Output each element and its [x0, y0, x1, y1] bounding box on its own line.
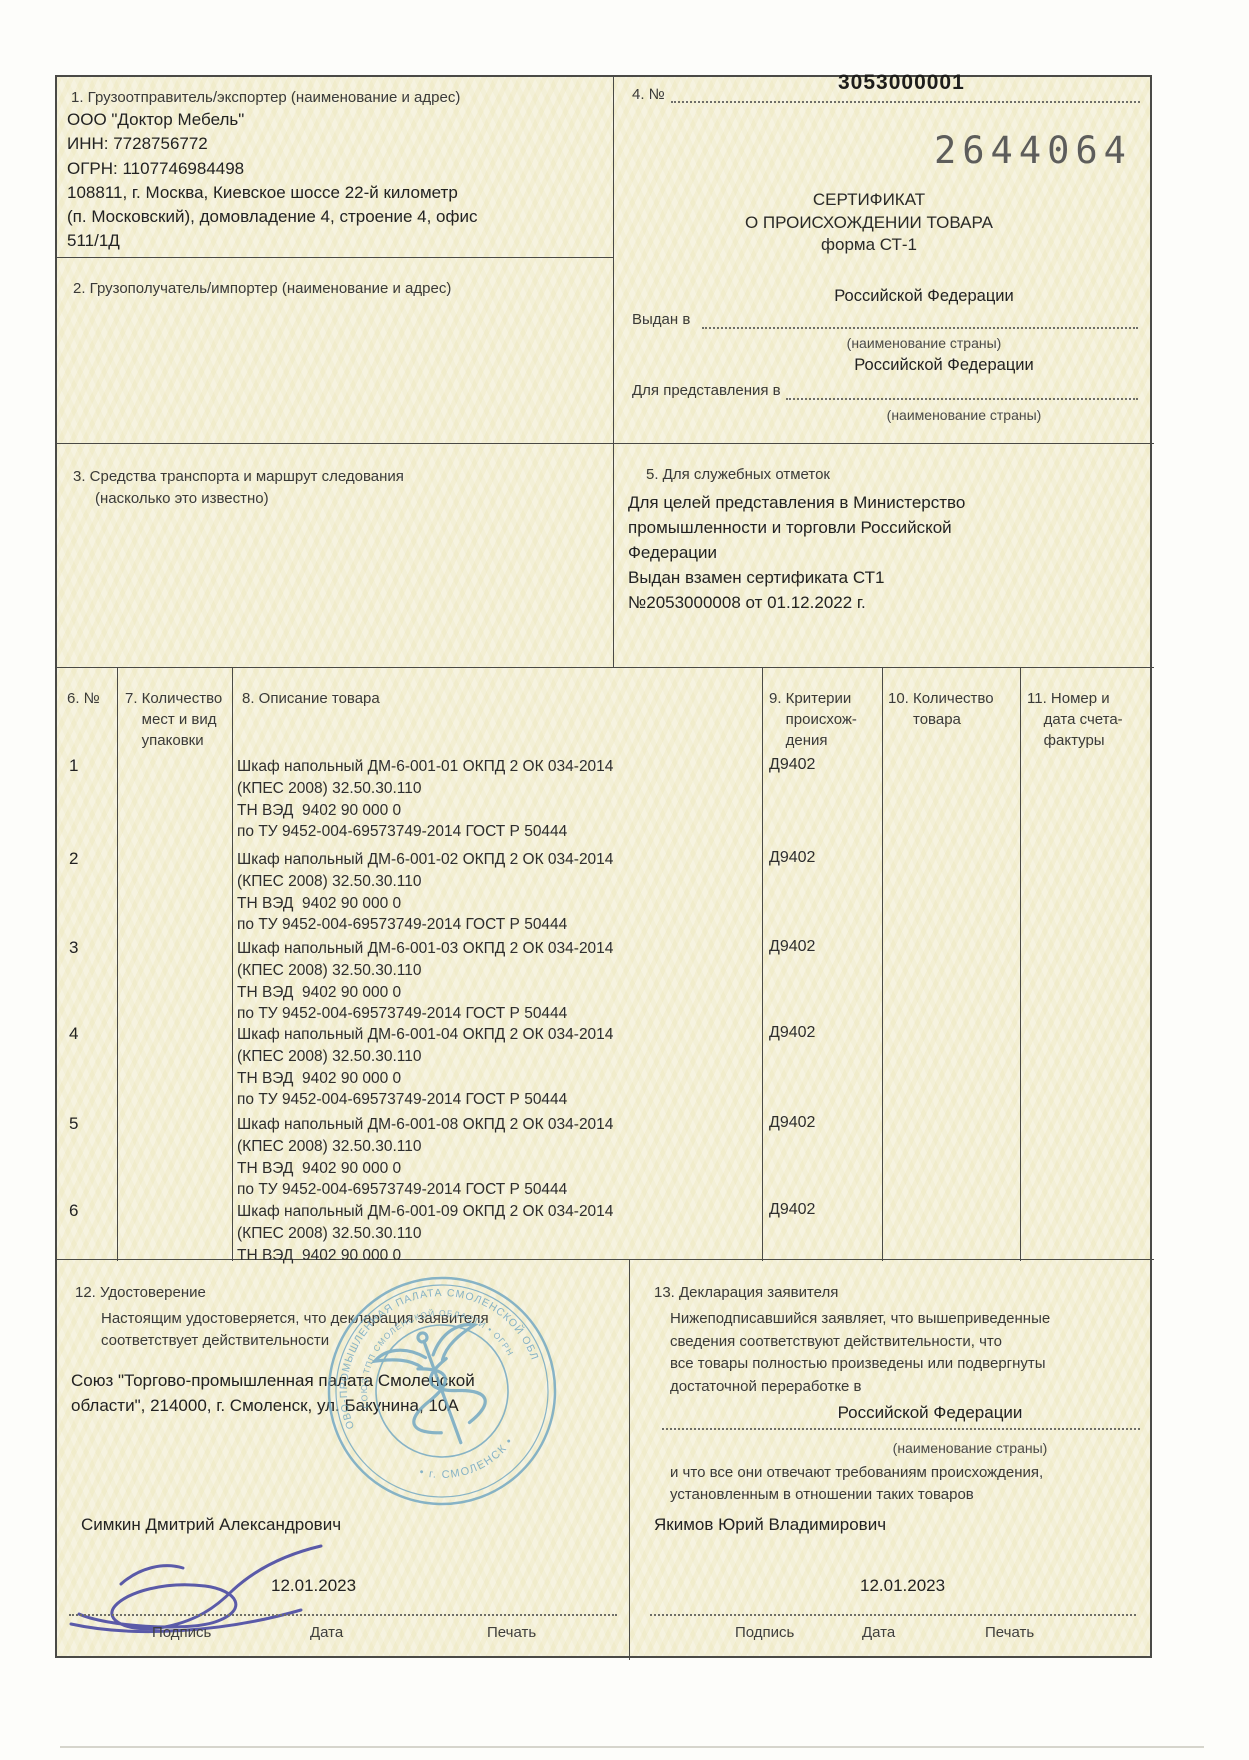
- declaration-sign-line: [650, 1598, 1136, 1616]
- date-caption: Дата: [862, 1624, 895, 1641]
- exporter-label: 1. Грузоотправитель/экспортер (наименова…: [71, 89, 460, 106]
- issued-in-dotted-line: [702, 311, 1138, 329]
- table-divider-10-11: [1020, 668, 1021, 1261]
- declaration-date: 12.01.2023: [860, 1576, 945, 1596]
- round-stamp: ТОРГОВО-ПРОМЫШЛЕННАЯ ПАЛАТА СМОЛЕНСКОЙ О…: [292, 1241, 592, 1541]
- number-line: 4. №: [632, 85, 1140, 103]
- row-number: 6: [69, 1201, 78, 1221]
- blank-serial-number: 2644064: [934, 129, 1132, 172]
- date-caption: Дата: [310, 1624, 343, 1641]
- header-col9: 9. Критерии происхож- дения: [769, 688, 857, 751]
- stamp-caption: Печать: [487, 1624, 536, 1641]
- declaration-country-note: (наименование страны): [810, 1440, 1130, 1456]
- scanned-certificate-page: 1. Грузоотправитель/экспортер (наименова…: [0, 0, 1249, 1760]
- country-note-1: (наименование страны): [734, 335, 1114, 351]
- importer-box: 2. Грузополучатель/импортер (наименовани…: [57, 258, 614, 444]
- title-line-3: форма СТ-1: [614, 234, 1124, 257]
- declaration-text-2: и что все они отвечают требованиям проис…: [670, 1462, 1043, 1506]
- table-divider-6-7: [117, 668, 118, 1261]
- row-number: 2: [69, 849, 78, 869]
- submission-dotted-line: [786, 382, 1138, 400]
- declaration-country-line: [662, 1412, 1140, 1430]
- service-notes-box: 5. Для служебных отметок Для целей предс…: [614, 444, 1154, 667]
- submission-value: Российской Федерации: [774, 356, 1114, 375]
- importer-label: 2. Грузополучатель/импортер (наименовани…: [73, 280, 451, 297]
- row-description: Шкаф напольный ДМ-6-001-09 ОКПД 2 ОК 034…: [237, 1201, 613, 1266]
- certificate-header-box: 3053000001 4. № 2644064 СЕРТИФИКАТ О ПРО…: [614, 77, 1154, 444]
- row-number: 4: [69, 1024, 78, 1044]
- exporter-box: 1. Грузоотправитель/экспортер (наименова…: [57, 77, 614, 258]
- transport-box: 3. Средства транспорта и маршрут следова…: [57, 444, 614, 667]
- row-criteria: Д9402: [769, 1114, 815, 1132]
- row-description: Шкаф напольный ДМ-6-001-01 ОКПД 2 ОК 034…: [237, 756, 613, 843]
- row-description: Шкаф напольный ДМ-6-001-02 ОКПД 2 ОК 034…: [237, 849, 613, 936]
- header-col11: 11. Номер и дата счета- фактуры: [1027, 688, 1123, 751]
- transport-label: 3. Средства транспорта и маршрут следова…: [73, 468, 404, 485]
- certificate-title: СЕРТИФИКАТ О ПРОИСХОЖДЕНИИ ТОВАРА форма …: [614, 189, 1124, 257]
- signature-caption: Подпись: [152, 1624, 211, 1641]
- stamp-caption: Печать: [985, 1624, 1034, 1641]
- service-notes-text: Для целей представления в Министерство п…: [628, 490, 965, 615]
- submission-label: Для представления в: [632, 382, 781, 399]
- row-criteria: Д9402: [769, 1201, 815, 1219]
- table-divider-7-8: [232, 668, 233, 1261]
- certifier-name: Симкин Дмитрий Александрович: [81, 1515, 341, 1535]
- row-criteria: Д9402: [769, 938, 815, 956]
- header-col10: 10. Количество товара: [888, 688, 994, 730]
- title-line-2: О ПРОИСХОЖДЕНИИ ТОВАРА: [614, 212, 1124, 235]
- issued-in-label: Выдан в: [632, 311, 690, 328]
- row-number: 3: [69, 938, 78, 958]
- table-divider-8-9: [762, 668, 763, 1261]
- issued-in-value: Российской Федерации: [734, 287, 1114, 306]
- row-number: 1: [69, 756, 78, 776]
- certificate-form: 1. Грузоотправитель/экспортер (наименова…: [55, 75, 1152, 1658]
- exporter-value: ООО "Доктор Мебель" ИНН: 7728756772 ОГРН…: [67, 108, 478, 254]
- certification-label: 12. Удостоверение: [75, 1284, 206, 1301]
- certification-sign-line: [69, 1598, 617, 1616]
- row-description: Шкаф напольный ДМ-6-001-08 ОКПД 2 ОК 034…: [237, 1114, 613, 1201]
- goods-table: 6. № 7. Количество мест и вид упаковки 8…: [57, 667, 1154, 1260]
- declaration-text: Нижеподписавшийся заявляет, что вышеприв…: [670, 1308, 1050, 1398]
- declaration-label: 13. Декларация заявителя: [654, 1284, 838, 1301]
- row-criteria: Д9402: [769, 1024, 815, 1042]
- title-line-1: СЕРТИФИКАТ: [614, 189, 1124, 212]
- service-notes-label: 5. Для служебных отметок: [646, 466, 830, 483]
- row-number: 5: [69, 1114, 78, 1134]
- signature-caption: Подпись: [735, 1624, 794, 1641]
- scan-edge-line: [60, 1746, 1204, 1748]
- row-criteria: Д9402: [769, 849, 815, 867]
- number-label: 4. №: [632, 86, 665, 103]
- row-description: Шкаф напольный ДМ-6-001-04 ОКПД 2 ОК 034…: [237, 1024, 613, 1111]
- header-col7: 7. Количество мест и вид упаковки: [125, 688, 222, 751]
- row-description: Шкаф напольный ДМ-6-001-03 ОКПД 2 ОК 034…: [237, 938, 613, 1025]
- country-note-2: (наименование страны): [814, 407, 1114, 423]
- declaration-box: 13. Декларация заявителя Нижеподписавший…: [630, 1260, 1154, 1660]
- declarant-name: Якимов Юрий Владимирович: [654, 1515, 886, 1535]
- certification-date: 12.01.2023: [271, 1576, 356, 1596]
- table-divider-9-10: [882, 668, 883, 1261]
- transport-label-2: (насколько это известно): [95, 490, 269, 507]
- row-criteria: Д9402: [769, 756, 815, 774]
- number-dotted-line: [671, 85, 1140, 103]
- certification-box: 12. Удостоверение Настоящим удостоверяет…: [57, 1260, 630, 1660]
- header-col8: 8. Описание товара: [242, 688, 380, 709]
- header-col6: 6. №: [67, 688, 100, 709]
